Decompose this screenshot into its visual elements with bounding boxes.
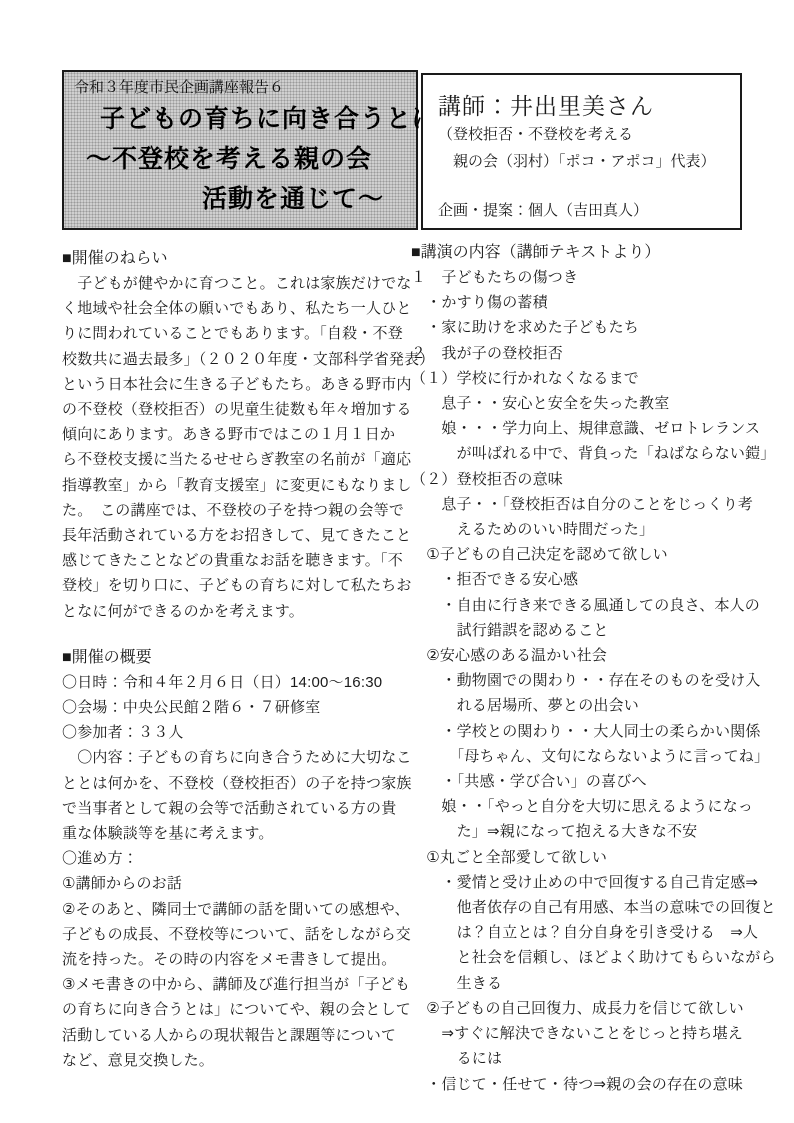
overview-text-line: 〇参加者：３３人 [62,720,402,745]
outline-text-line: 娘・・・学力向上、規律意識、ゼロトレランス [411,416,755,441]
outline-text-line: 他者依存の自己有用感、本当の意味での回復と [411,895,755,920]
outline-text-line: ⇒すぐに解決できないことをじっと持ち堪え [411,1021,755,1046]
aim-text-line: となに何ができるのかを考えます。 [62,599,402,624]
speaker-box: 講師：井出里美さん （登校拒否・不登校を考える 親の会（羽村）「ポコ・アポコ」代… [421,73,742,230]
outline-text-line: ・自由に行き来できる風通しての良さ、本人の [411,593,755,618]
content-columns: ■開催のねらい 子どもが健やかに育つこと。これは家族だけでなく地域や社会全体の願… [62,240,754,1097]
outline-text-line: ②安心感のある温かい社会 [411,643,755,668]
outline-text-line: （２）登校拒否の意味 [411,467,755,492]
outline-text-line: 「母ちゃん、文句にならないように言ってね」 [411,744,755,769]
aim-paragraph: 子どもが健やかに育つこと。これは家族だけでなく地域や社会全体の願いでもあり、私た… [62,271,402,624]
outline-text-line: ２ 我が子の登校拒否 [411,341,755,366]
outline-text-line: た」⇒親になって抱える大きな不安 [411,819,755,844]
overview-text-line: ①講師からのお話 [62,871,402,896]
outline-text-line: １ 子どもたちの傷つき [411,265,755,290]
outline-text-line: 息子・・安心と安全を失った教室 [411,391,755,416]
section-heading-overview: ■開催の概要 [62,645,402,670]
outline-text-line: と社会を信頼し、ほどよく助けてもらいながら [411,945,755,970]
outline-text-line: ・「共感・学び合い」の喜びへ [411,769,755,794]
outline-text-line: ②子どもの自己回復力、成長力を信じて欲しい [411,996,755,1021]
overview-text-line: ②そのあと、隣同士で講師の話を聞いての感想や、 [62,897,402,922]
overview-text-line: 〇日時：令和４年２月６日（日）14:00～16:30 [62,670,402,695]
aim-text-line: 指導教室」から「教育支援室」に変更にもなりまし [62,473,402,498]
outline-text-line: （１）学校に行かれなくなるまで [411,366,755,391]
outline-text-line: ・拒否できる安心感 [411,567,755,592]
lecturer-affiliation-line-1: （登校拒否・不登校を考える [438,121,732,148]
outline-text-line: るには [411,1046,755,1071]
overview-text-line: 流を持った。その時の内容をメモ書きして提出。 [62,947,402,972]
aim-text-line: 傾向にあります。あきる野市ではこの１月１日か [62,422,402,447]
report-series-label: 令和３年度市民企画講座報告６ [74,77,408,99]
overview-text-line: 〇会場：中央公民館２階６・７研修室 [62,695,402,720]
aim-text-line: 感じてきたことなどの貴重なお話を聴きます。「不 [62,548,402,573]
aim-text-line: の不登校（登校拒否）の児童生徒数も年々増加する [62,397,402,422]
overview-list: 〇日時：令和４年２月６日（日）14:00～16:30〇会場：中央公民館２階６・７… [62,670,402,1073]
aim-text-line: く地域や社会全体の願いでもあり、私たち一人ひと [62,296,402,321]
report-page: 令和３年度市民企画講座報告６ 子どもの育ちに向き合うとは ～不登校を考える親の会… [0,0,794,1123]
aim-text-line: 子どもが健やかに育つこと。これは家族だけでな [62,271,402,296]
outline-text-line: ・信じて・任せて・待つ⇒親の会の存在の意味 [411,1072,755,1097]
outline-text-line: ・動物園での関わり・・存在そのものを受け入 [411,668,755,693]
header-row: 令和３年度市民企画講座報告６ 子どもの育ちに向き合うとは ～不登校を考える親の会… [62,70,754,230]
aim-text-line: 校数共に過去最多」（２０２０年度・文部科学省発表） [62,347,402,372]
overview-text-line: で当事者として親の会等で活動されている方の貴 [62,796,402,821]
aim-text-line: 登校」を切り口に、子どもの育ちに対して私たちお [62,573,402,598]
title-line-1: 子どもの育ちに向き合うとは [100,99,408,139]
aim-text-line: た。 この講座では、不登校の子を持つ親の会等で [62,498,402,523]
title-line-3: 活動を通じて～ [202,179,408,219]
overview-text-line: 〇進め方： [62,846,402,871]
lecturer-affiliation-line-2: 親の会（羽村）「ポコ・アポコ」代表） [438,148,732,175]
lecturer-name: 講師：井出里美さん [438,91,732,121]
outline-text-line: ・学校との関わり・・大人同士の柔らかい関係 [411,719,755,744]
aim-text-line: 長年活動されている方をお招きして、見てきたこと [62,523,402,548]
outline-text-line: れる居場所、夢との出会い [411,693,755,718]
outline-text-line: えるためのいい時間だった」 [411,517,755,542]
overview-text-line: 活動している人からの現状報告と課題等について [62,1023,402,1048]
overview-text-line: など、意見交換した。 [62,1048,402,1073]
outline-text-line: は？自立とは？自分自身を引き受ける ⇒人 [411,920,755,945]
outline-text-line: ①子どもの自己決定を認めて欲しい [411,542,755,567]
right-column: ■講演の内容（講師テキストより） １ 子どもたちの傷つき ・かすり傷の蓄積 ・家… [411,240,755,1097]
aim-text-line: りに問われていることでもあります。「自殺・不登 [62,321,402,346]
outline-text-line: ①丸ごと全部愛して欲しい [411,845,755,870]
overview-text-line: 子どもの成長、不登校等について、話をしながら交 [62,922,402,947]
left-column: ■開催のねらい 子どもが健やかに育つこと。これは家族だけでなく地域や社会全体の願… [62,240,402,1097]
outline-text-line: ・かすり傷の蓄積 [411,290,755,315]
overview-text-line: 重な体験談等を基に考えます。 [62,821,402,846]
section-heading-lecture-contents: ■講演の内容（講師テキストより） [411,240,755,265]
outline-text-line: 娘・・「やっと自分を大切に思えるようになっ [411,794,755,819]
outline-text-line: 息子・・「登校拒否は自分のことをじっくり考 [411,492,755,517]
outline-text-line: 試行錯誤を認めること [411,618,755,643]
aim-text-line: ら不登校支援に当たるせせらぎ教室の名前が「適応 [62,447,402,472]
outline-text-line: 生きる [411,971,755,996]
outline-text-line: ・家に助けを求めた子どもたち [411,315,755,340]
overview-text-line: ととは何かを、不登校（登校拒否）の子を持つ家族 [62,771,402,796]
title-line-2: ～不登校を考える親の会 [86,139,408,179]
title-box: 令和３年度市民企画講座報告６ 子どもの育ちに向き合うとは ～不登校を考える親の会… [62,70,418,230]
overview-text-line: の育ちに向き合うとは」についてや、親の会として [62,997,402,1022]
overview-text-line: ③メモ書きの中から、講師及び進行担当が「子ども [62,972,402,997]
outline-text-line: ・愛情と受け止めの中で回復する自己肯定感⇒ [411,870,755,895]
lecture-contents-outline: １ 子どもたちの傷つき ・かすり傷の蓄積 ・家に助けを求めた子どもたち２ 我が子… [411,265,755,1097]
proposal-credit: 企画・提案：個人（吉田真人） [438,199,732,223]
overview-text-line: 〇内容：子どもの育ちに向き合うために大切なこ [62,745,402,770]
section-heading-aim: ■開催のねらい [62,246,402,271]
aim-text-line: という日本社会に生きる子どもたち。あきる野市内 [62,372,402,397]
outline-text-line: が叫ばれる中で、背負った「ねばならない鎧」 [411,441,755,466]
